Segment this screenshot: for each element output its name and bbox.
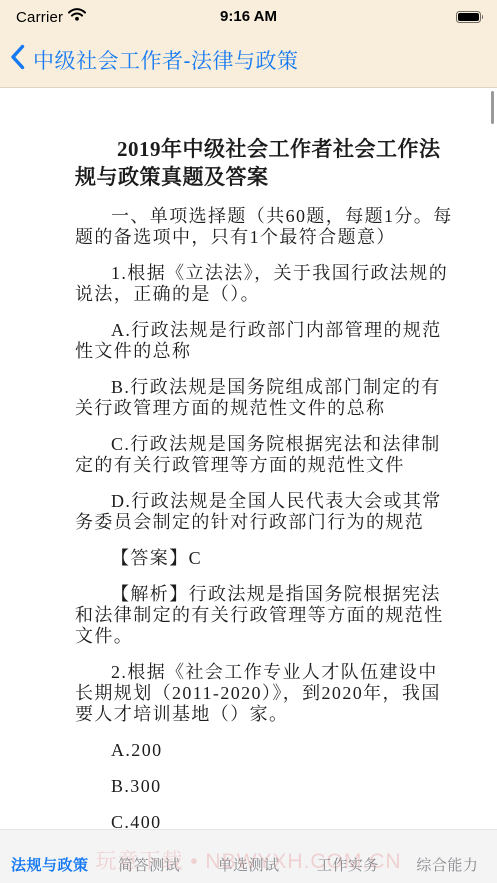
tab-label: 简答测试 xyxy=(118,857,180,874)
document: 2019年中级社会工作者社会工作法规与政策真题及答案 一、单项选择题（共60题，… xyxy=(0,89,497,829)
app-screen: Carrier 9:16 AM 中级社会工作者-法律与政策 xyxy=(0,0,497,883)
tab-regulations-policy[interactable]: 法规与政策 xyxy=(0,854,99,883)
tab-label: 单选测试 xyxy=(218,857,280,874)
tab-label: 工作实务 xyxy=(317,857,379,874)
tab-work-practice[interactable]: 工作实务 xyxy=(298,854,397,883)
tab-bar: 法规与政策简答测试单选测试工作实务综合能力 xyxy=(0,829,497,883)
tab-comprehensive-ability[interactable]: 综合能力 xyxy=(398,854,497,883)
chevron-left-icon xyxy=(10,44,25,75)
tab-single-choice-test[interactable]: 单选测试 xyxy=(199,854,298,883)
doc-paragraph: 2.根据《社会工作专业人才队伍建设中长期规划（2011-2020）》，到2020… xyxy=(75,662,453,725)
doc-paragraph: C.行政法规是国务院根据宪法和法律制定的有关行政管理等方面的规范性文件 xyxy=(75,434,453,476)
doc-body: 一、单项选择题（共60题，每题1分。每题的备选项中，只有1个最符合题意）1.根据… xyxy=(75,206,453,829)
clock: 9:16 AM xyxy=(0,8,497,25)
doc-paragraph: 【解析】行政法规是指国务院根据宪法和法律制定的有关行政管理等方面的规范性文件。 xyxy=(75,584,453,647)
tab-short-answer-test[interactable]: 简答测试 xyxy=(99,854,198,883)
doc-paragraph: B.300 xyxy=(75,776,453,797)
doc-paragraph: 一、单项选择题（共60题，每题1分。每题的备选项中，只有1个最符合题意） xyxy=(75,206,453,248)
document-scroll-area[interactable]: 2019年中级社会工作者社会工作法规与政策真题及答案 一、单项选择题（共60题，… xyxy=(0,89,497,829)
tab-label: 法规与政策 xyxy=(11,857,89,874)
tab-label: 综合能力 xyxy=(416,857,478,874)
nav-bar: 中级社会工作者-法律与政策 xyxy=(0,32,497,88)
scrollbar-thumb[interactable] xyxy=(491,91,494,124)
doc-paragraph: A.200 xyxy=(75,740,453,761)
document-title: 2019年中级社会工作者社会工作法规与政策真题及答案 xyxy=(75,135,453,191)
status-bar: Carrier 9:16 AM xyxy=(0,0,497,32)
doc-paragraph: C.400 xyxy=(75,812,453,829)
doc-paragraph: D.行政法规是全国人民代表大会或其常务委员会制定的针对行政部门行为的规范 xyxy=(75,491,453,533)
back-button[interactable]: 中级社会工作者-法律与政策 xyxy=(10,44,299,75)
nav-title: 中级社会工作者-法律与政策 xyxy=(33,45,299,75)
doc-paragraph: 1.根据《立法法》，关于我国行政法规的说法，正确的是（）。 xyxy=(75,263,453,305)
doc-paragraph: B.行政法规是国务院组成部门制定的有关行政管理方面的规范性文件的总称 xyxy=(75,377,453,419)
doc-paragraph: A.行政法规是行政部门内部管理的规范性文件的总称 xyxy=(75,320,453,362)
doc-paragraph: 【答案】C xyxy=(75,548,453,569)
